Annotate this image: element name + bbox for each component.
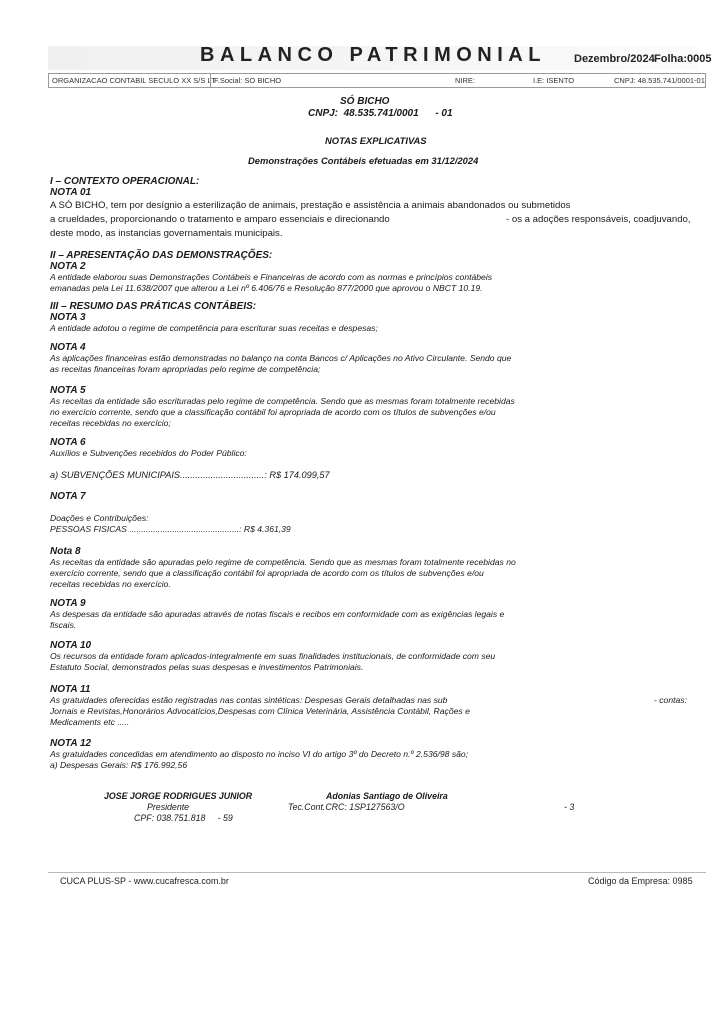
cnpj-label: CNPJ: [308, 108, 338, 119]
nota-11-label: NOTA 11 [50, 684, 90, 695]
nota-11-line: As gratuidades oferecidas estão registra… [50, 695, 447, 707]
entity-name: SÓ BICHO [340, 96, 389, 107]
cpf-suffix: - 59 [218, 813, 233, 823]
subvencoes-value: R$ 174.099,57 [269, 470, 329, 480]
footer-software: CUCA PLUS-SP - www.cucafresca.com.br [60, 876, 229, 886]
nire-field: NIRE: [455, 76, 475, 85]
nota-01-line: a crueldades, proporcionando o tratament… [50, 213, 390, 228]
pessoas-fisicas-label: PESSOAS FISICAS ........................… [50, 524, 242, 534]
section-apresentacao: II – APRESENTAÇÃO DAS DEMONSTRAÇÕES: [50, 250, 272, 261]
section-resumo: III – RESUMO DAS PRÁTICAS CONTÁBEIS: [50, 301, 256, 312]
nota-01-line: A SÓ BICHO, tem por desígnio a esteriliz… [50, 199, 570, 214]
divider [210, 74, 211, 87]
nota-10-line: Os recursos da entidade foram aplicados-… [50, 651, 495, 663]
president-role: Presidente [147, 802, 189, 812]
nota-11-line: - contas: [654, 695, 687, 707]
nota-2-line: A entidade elaborou suas Demonstrações C… [50, 272, 492, 284]
nota-4-line: as receitas financeiras foram apropriada… [50, 364, 320, 376]
nota-8-line: receitas recebidas no exercício. [50, 579, 171, 591]
social-name: F.Social: SO BICHO [214, 76, 281, 85]
nota-10-line: Estatuto Social, demonstrados pelas suas… [50, 662, 363, 674]
nota-4-line: As aplicações financeiras estão demonstr… [50, 353, 511, 365]
accountant-name: Adonias Santiago de Oliveira [326, 791, 448, 801]
document-title: BALANCO PATRIMONIAL [200, 44, 546, 67]
section-contexto: I – CONTEXTO OPERACIONAL: [50, 176, 199, 187]
nota-01-line: deste modo, as instancias governamentais… [50, 227, 283, 242]
nota-12-line: As gratuidades concedidas em atendimento… [50, 749, 468, 761]
subvencoes-label: a) SUBVENÇÕES MUNICIPAIS................… [50, 470, 267, 480]
cnpj-number: 48.535.741/0001 [344, 108, 419, 119]
period-label: Dezembro/2024 [574, 53, 655, 65]
cnpj-suffix: - 01 [435, 108, 452, 119]
nota-11-line: Medicaments etc ..... [50, 717, 129, 729]
notes-title: NOTAS EXPLICATIVAS [325, 135, 427, 146]
nota-8-label: Nota 8 [50, 546, 81, 557]
nota-3-label: NOTA 3 [50, 312, 86, 323]
nota-9-label: NOTA 9 [50, 598, 86, 609]
accountant-crc: Tec.Cont.CRC: 1SP127563/O [288, 802, 405, 812]
nota-11-line: Jornais e Revistas,Honorários Advocatíci… [50, 706, 470, 718]
nota-7-line: Doações e Contribuições: [50, 513, 148, 525]
nota-6-label: NOTA 6 [50, 437, 86, 448]
sheet-number: Folha:0005 [654, 53, 711, 65]
cnpj-field: CNPJ: 48.535.741/0001-01 [614, 76, 705, 85]
nota-3-line: A entidade adotou o regime de competênci… [50, 323, 378, 335]
nota-2-label: NOTA 2 [50, 261, 86, 272]
nota-5-line: receitas recebidas no exercício; [50, 418, 171, 430]
nota-6-item: a) SUBVENÇÕES MUNICIPAIS................… [50, 470, 330, 482]
nota-2-line: emanadas pela Lei 11.638/2007 que altero… [50, 283, 483, 295]
nota-4-label: NOTA 4 [50, 342, 86, 353]
nota-9-line: As despesas da entidade são apuradas atr… [50, 609, 504, 621]
nota-01-label: NOTA 01 [50, 187, 91, 198]
footer-divider [48, 872, 706, 873]
nota-01-line: - os a adoções responsáveis, coadjuvando… [506, 213, 691, 228]
notes-subtitle: Demonstrações Contábeis efetuadas em 31/… [248, 155, 478, 166]
entity-cnpj: CNPJ: 48.535.741/0001 - 01 [308, 108, 453, 119]
nota-12-line: a) Despesas Gerais: R$ 176.992,56 [50, 760, 187, 772]
nota-5-line: As receitas da entidade são escrituradas… [50, 396, 515, 408]
pessoas-fisicas-value: R$ 4.361,39 [244, 524, 291, 534]
cpf-number: CPF: 038.751.818 [134, 813, 205, 823]
nota-8-line: As receitas da entidade são apuradas pel… [50, 557, 516, 569]
nota-6-line: Auxílios e Subvenções recebidos do Poder… [50, 448, 247, 460]
accountant-crc-suffix: - 3 [564, 802, 574, 812]
nota-5-line: no exercício corrente, sendo que a class… [50, 407, 496, 419]
nota-7-label: NOTA 7 [50, 491, 86, 502]
president-name: JOSE JORGE RODRIGUES JUNIOR [104, 791, 252, 801]
ie-field: I.E: ISENTO [533, 76, 574, 85]
nota-7-item: PESSOAS FISICAS ........................… [50, 524, 291, 536]
nota-10-label: NOTA 10 [50, 640, 91, 651]
nota-12-label: NOTA 12 [50, 738, 91, 749]
nota-9-line: fiscais. [50, 620, 76, 632]
header-info-row: ORGANIZACAO CONTABIL SECULO XX S/S LT F.… [48, 73, 706, 88]
nota-5-label: NOTA 5 [50, 385, 86, 396]
president-cpf: CPF: 038.751.818 - 59 [134, 813, 233, 823]
footer-company-code: Código da Empresa: 0985 [588, 876, 693, 886]
organization-name: ORGANIZACAO CONTABIL SECULO XX S/S LT [52, 76, 216, 85]
nota-8-line: exercício corrente, sendo que a classifi… [50, 568, 484, 580]
